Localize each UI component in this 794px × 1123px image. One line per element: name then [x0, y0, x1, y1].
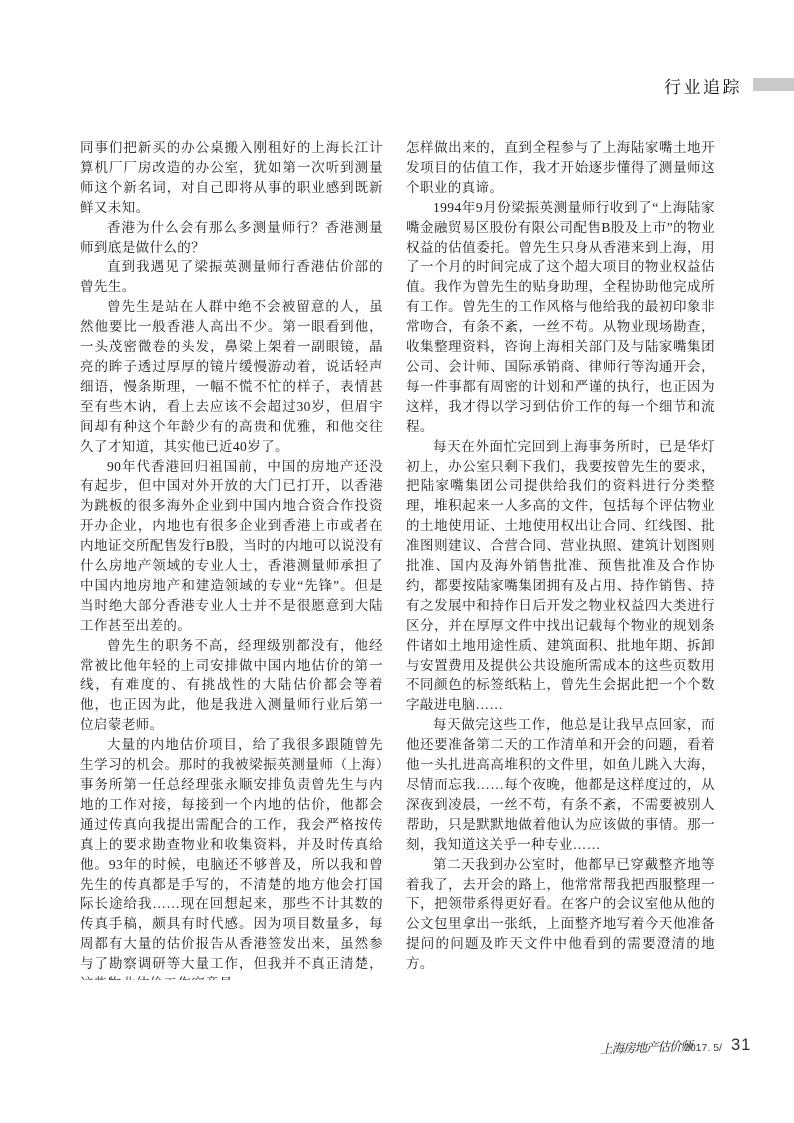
magazine-logo: 上海房地产估价师 — [600, 1037, 683, 1058]
paragraph: 第二天我到办公室时，他都早已穿戴整齐地等着我了，去开会的路上，他常常帮我把西服整… — [406, 855, 715, 974]
section-title: 行业追踪 — [664, 73, 754, 98]
paragraph: 每天做完这些工作，他总是让我早点回家，而他还要准备第二天的工作清单和开会的问题，… — [406, 715, 715, 854]
article-column-left: 同事们把新买的办公桌搬入刚租好的上海长江计算机厂厂房改造的办公室，犹如第一次听到… — [80, 138, 383, 980]
paragraph: 同事们把新买的办公桌搬入刚租好的上海长江计算机厂厂房改造的办公室，犹如第一次听到… — [80, 138, 383, 218]
paragraph: 大量的内地估价项目，给了我很多跟随曾先生学习的机会。那时的我被梁振英测量师（上海… — [80, 735, 383, 980]
issue-date: 2017. 5/ — [684, 1042, 722, 1054]
page-number: 31 — [731, 1036, 751, 1055]
paragraph: 香港为什么会有那么多测量师行？香港测量师到底是做什么的？ — [80, 218, 383, 258]
header-accent-box — [753, 78, 794, 91]
paragraph: 1994年9月份梁振英测量师行收到了“上海陆家嘴金融贸易区股份有限公司配售B股及… — [406, 198, 715, 437]
paragraph: 曾先生是站在人群中绝不会被留意的人，虽然他要比一般香港人高出不少。第一眼看到他，… — [80, 297, 383, 456]
paragraph: 90年代香港回归祖国前，中国的房地产还没有起步，但中国对外开放的大门已打开，以香… — [80, 457, 383, 636]
magazine-page: 行业追踪 同事们把新买的办公桌搬入刚租好的上海长江计算机厂厂房改造的办公室，犹如… — [0, 0, 794, 1123]
paragraph: 曾先生的职务不高，经理级别都没有，他经常被比他年轻的上司安排做中国内地估价的第一… — [80, 636, 383, 736]
paragraph: 每天在外面忙完回到上海事务所时，已是华灯初上，办公室只剩下我们，我要按曾先生的要… — [406, 437, 715, 716]
article-column-right: 怎样做出来的，直到全程参与了上海陆家嘴土地开发项目的估值工作，我才开始逐步懂得了… — [406, 138, 715, 980]
paragraph: 怎样做出来的，直到全程参与了上海陆家嘴土地开发项目的估值工作，我才开始逐步懂得了… — [406, 138, 715, 198]
paragraph: 直到我遇见了梁振英测量师行香港估价部的曾先生。 — [80, 257, 383, 297]
